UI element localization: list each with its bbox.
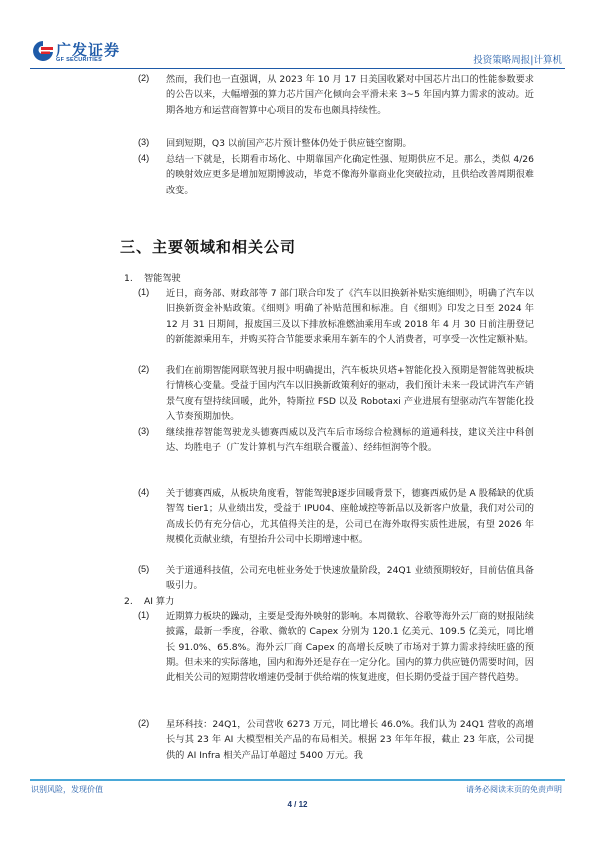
item-number: (1) bbox=[138, 610, 149, 620]
subsection-number: 1. bbox=[124, 271, 133, 286]
item-number: (3) bbox=[138, 426, 149, 436]
item-text: 我们在前期智能网联驾驶月报中明确提出，汽车板块贝塔+智能化投入预期是智能驾驶板块… bbox=[166, 363, 534, 424]
item-text: 关于道通科技值，公司充电桩业务处于快速放量阶段，24Q1 业绩预期较好，目前估值… bbox=[166, 563, 534, 594]
footer-divider bbox=[30, 779, 565, 781]
header-divider bbox=[30, 68, 565, 69]
item-text: 近日，商务部、财政部等 7 部门联合印发了《汽车以旧换新补贴实施细则》，明确了汽… bbox=[166, 286, 534, 347]
item-number: (4) bbox=[138, 153, 149, 163]
company-logo: 广发证券 GF SECURITIES bbox=[32, 40, 142, 68]
item-number: (1) bbox=[138, 287, 149, 297]
item-text: 近期算力板块的躁动，主要是受海外映射的影响。本周微软、谷歌等海外云厂商的财报陆续… bbox=[166, 609, 534, 685]
subsection-title: AI 算力 bbox=[144, 594, 174, 609]
report-type: 投资策略周报|计算机 bbox=[473, 52, 562, 66]
logo-en-text: GF SECURITIES bbox=[56, 57, 102, 63]
footer-slogan: 识别风险，发现价值 bbox=[31, 784, 103, 795]
page-number: 4 / 12 bbox=[0, 800, 595, 809]
page-header: 广发证券 GF SECURITIES 投资策略周报|计算机 bbox=[0, 0, 595, 70]
item-number: (4) bbox=[138, 487, 149, 497]
item-number: (5) bbox=[138, 564, 149, 574]
subsection-number: 2. bbox=[124, 594, 133, 609]
item-text: 关于德赛西威，从板块角度看，智能驾驶β逐步回暖背景下，德赛西威仍是 A 股稀缺的… bbox=[166, 486, 534, 547]
item-number: (2) bbox=[138, 364, 149, 374]
item-number: (3) bbox=[138, 137, 149, 147]
item-text: 总结一下就是，长期看市场化、中期靠国产化确定性强、短期供应不足。那么，类似 4/… bbox=[166, 152, 534, 198]
gf-logo-icon bbox=[32, 40, 54, 62]
item-text: 星环科技：24Q1，公司营收 6273 万元，同比增长 46.0%。我们认为 2… bbox=[166, 717, 534, 763]
subsection-title: 智能驾驶 bbox=[144, 271, 181, 286]
item-number: (2) bbox=[138, 73, 149, 83]
section-title: 三、主要领域和相关公司 bbox=[120, 236, 296, 257]
item-text: 然而，我们也一直强调，从 2023 年 10 月 17 日美国收紧对中国芯片出口… bbox=[166, 72, 534, 118]
item-text: 回到短期，Q3 以前国产芯片预计整体仍处于供应链空窗期。 bbox=[166, 136, 534, 151]
item-number: (2) bbox=[138, 718, 149, 728]
footer-disclaimer-note: 请务必阅读末页的免责声明 bbox=[466, 784, 562, 795]
item-text: 继续推荐智能驾驶龙头德赛西威以及汽车后市场综合检测标的道通科技，建议关注中科创达… bbox=[166, 425, 534, 456]
